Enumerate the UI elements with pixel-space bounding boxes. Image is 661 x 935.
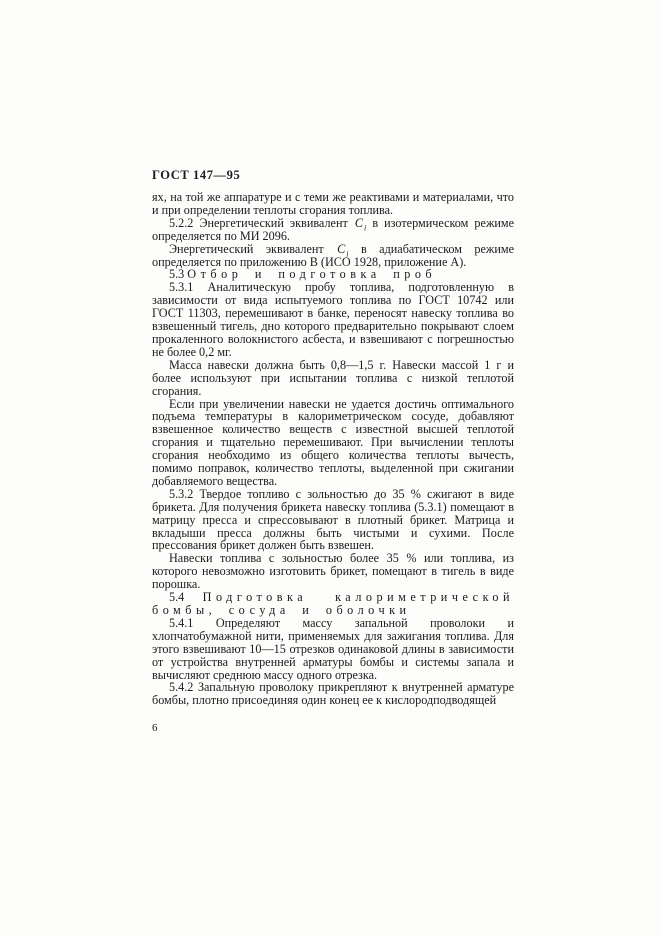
text-run: Навески топлива с зольностью более 35 % … — [152, 551, 514, 591]
paragraph: 5.3.1 Аналитическую пробу топлива, подго… — [152, 281, 514, 358]
text-run: 5.2.2 Энергетический эквивалент — [169, 216, 354, 230]
paragraph: 5.2.2 Энергетический эквивалент Ci в изо… — [152, 217, 514, 243]
formula-symbol: C — [354, 216, 364, 230]
text-run: 5.3.2 Твердое топливо с зольностью до 35… — [152, 487, 514, 553]
text-run: 5.3 — [169, 267, 187, 281]
text-run: 5.4.2 Запальную проволоку прикрепляют к … — [152, 680, 514, 707]
text-run: Если при увеличении навески не удается д… — [152, 397, 514, 488]
text-run: Энергетический эквивалент — [169, 242, 336, 256]
paragraph: 5.4.1 Определяют массу запальной проволо… — [152, 617, 514, 682]
paragraph: Энергетический эквивалент Ci в адиабатич… — [152, 243, 514, 269]
paragraph: 5.4.2 Запальную проволоку прикрепляют к … — [152, 681, 514, 707]
document-page: ГОСТ 147—95 ях, на той же аппаратуре и с… — [0, 0, 661, 935]
paragraph: 5.3.2 Твердое топливо с зольностью до 35… — [152, 488, 514, 553]
page-number: 6 — [152, 722, 158, 734]
section-heading: 5.4 Подготовка калориметрической бомбы, … — [152, 591, 514, 617]
paragraph: Если при увеличении навески не удается д… — [152, 398, 514, 488]
document-body: ях, на той же аппаратуре и с теми же реа… — [152, 191, 514, 707]
text-run: Масса навески должна быть 0,8—1,5 г. Нав… — [152, 358, 514, 398]
text-run: 5.4 — [169, 590, 203, 604]
paragraph: Навески топлива с зольностью более 35 % … — [152, 552, 514, 591]
paragraph: ях, на той же аппаратуре и с теми же реа… — [152, 191, 514, 217]
text-run: Отбор и подготовка проб — [187, 267, 436, 281]
formula-symbol: C — [336, 242, 346, 256]
text-run: 5.4.1 Определяют массу запальной проволо… — [152, 616, 514, 682]
document-header: ГОСТ 147—95 — [152, 168, 240, 183]
text-run: 5.3.1 Аналитическую пробу топлива, подго… — [152, 280, 514, 359]
paragraph: Масса навески должна быть 0,8—1,5 г. Нав… — [152, 359, 514, 398]
text-run: Подготовка калориметрической бомбы, сосу… — [152, 590, 514, 617]
text-run: ях, на той же аппаратуре и с теми же реа… — [152, 190, 514, 217]
